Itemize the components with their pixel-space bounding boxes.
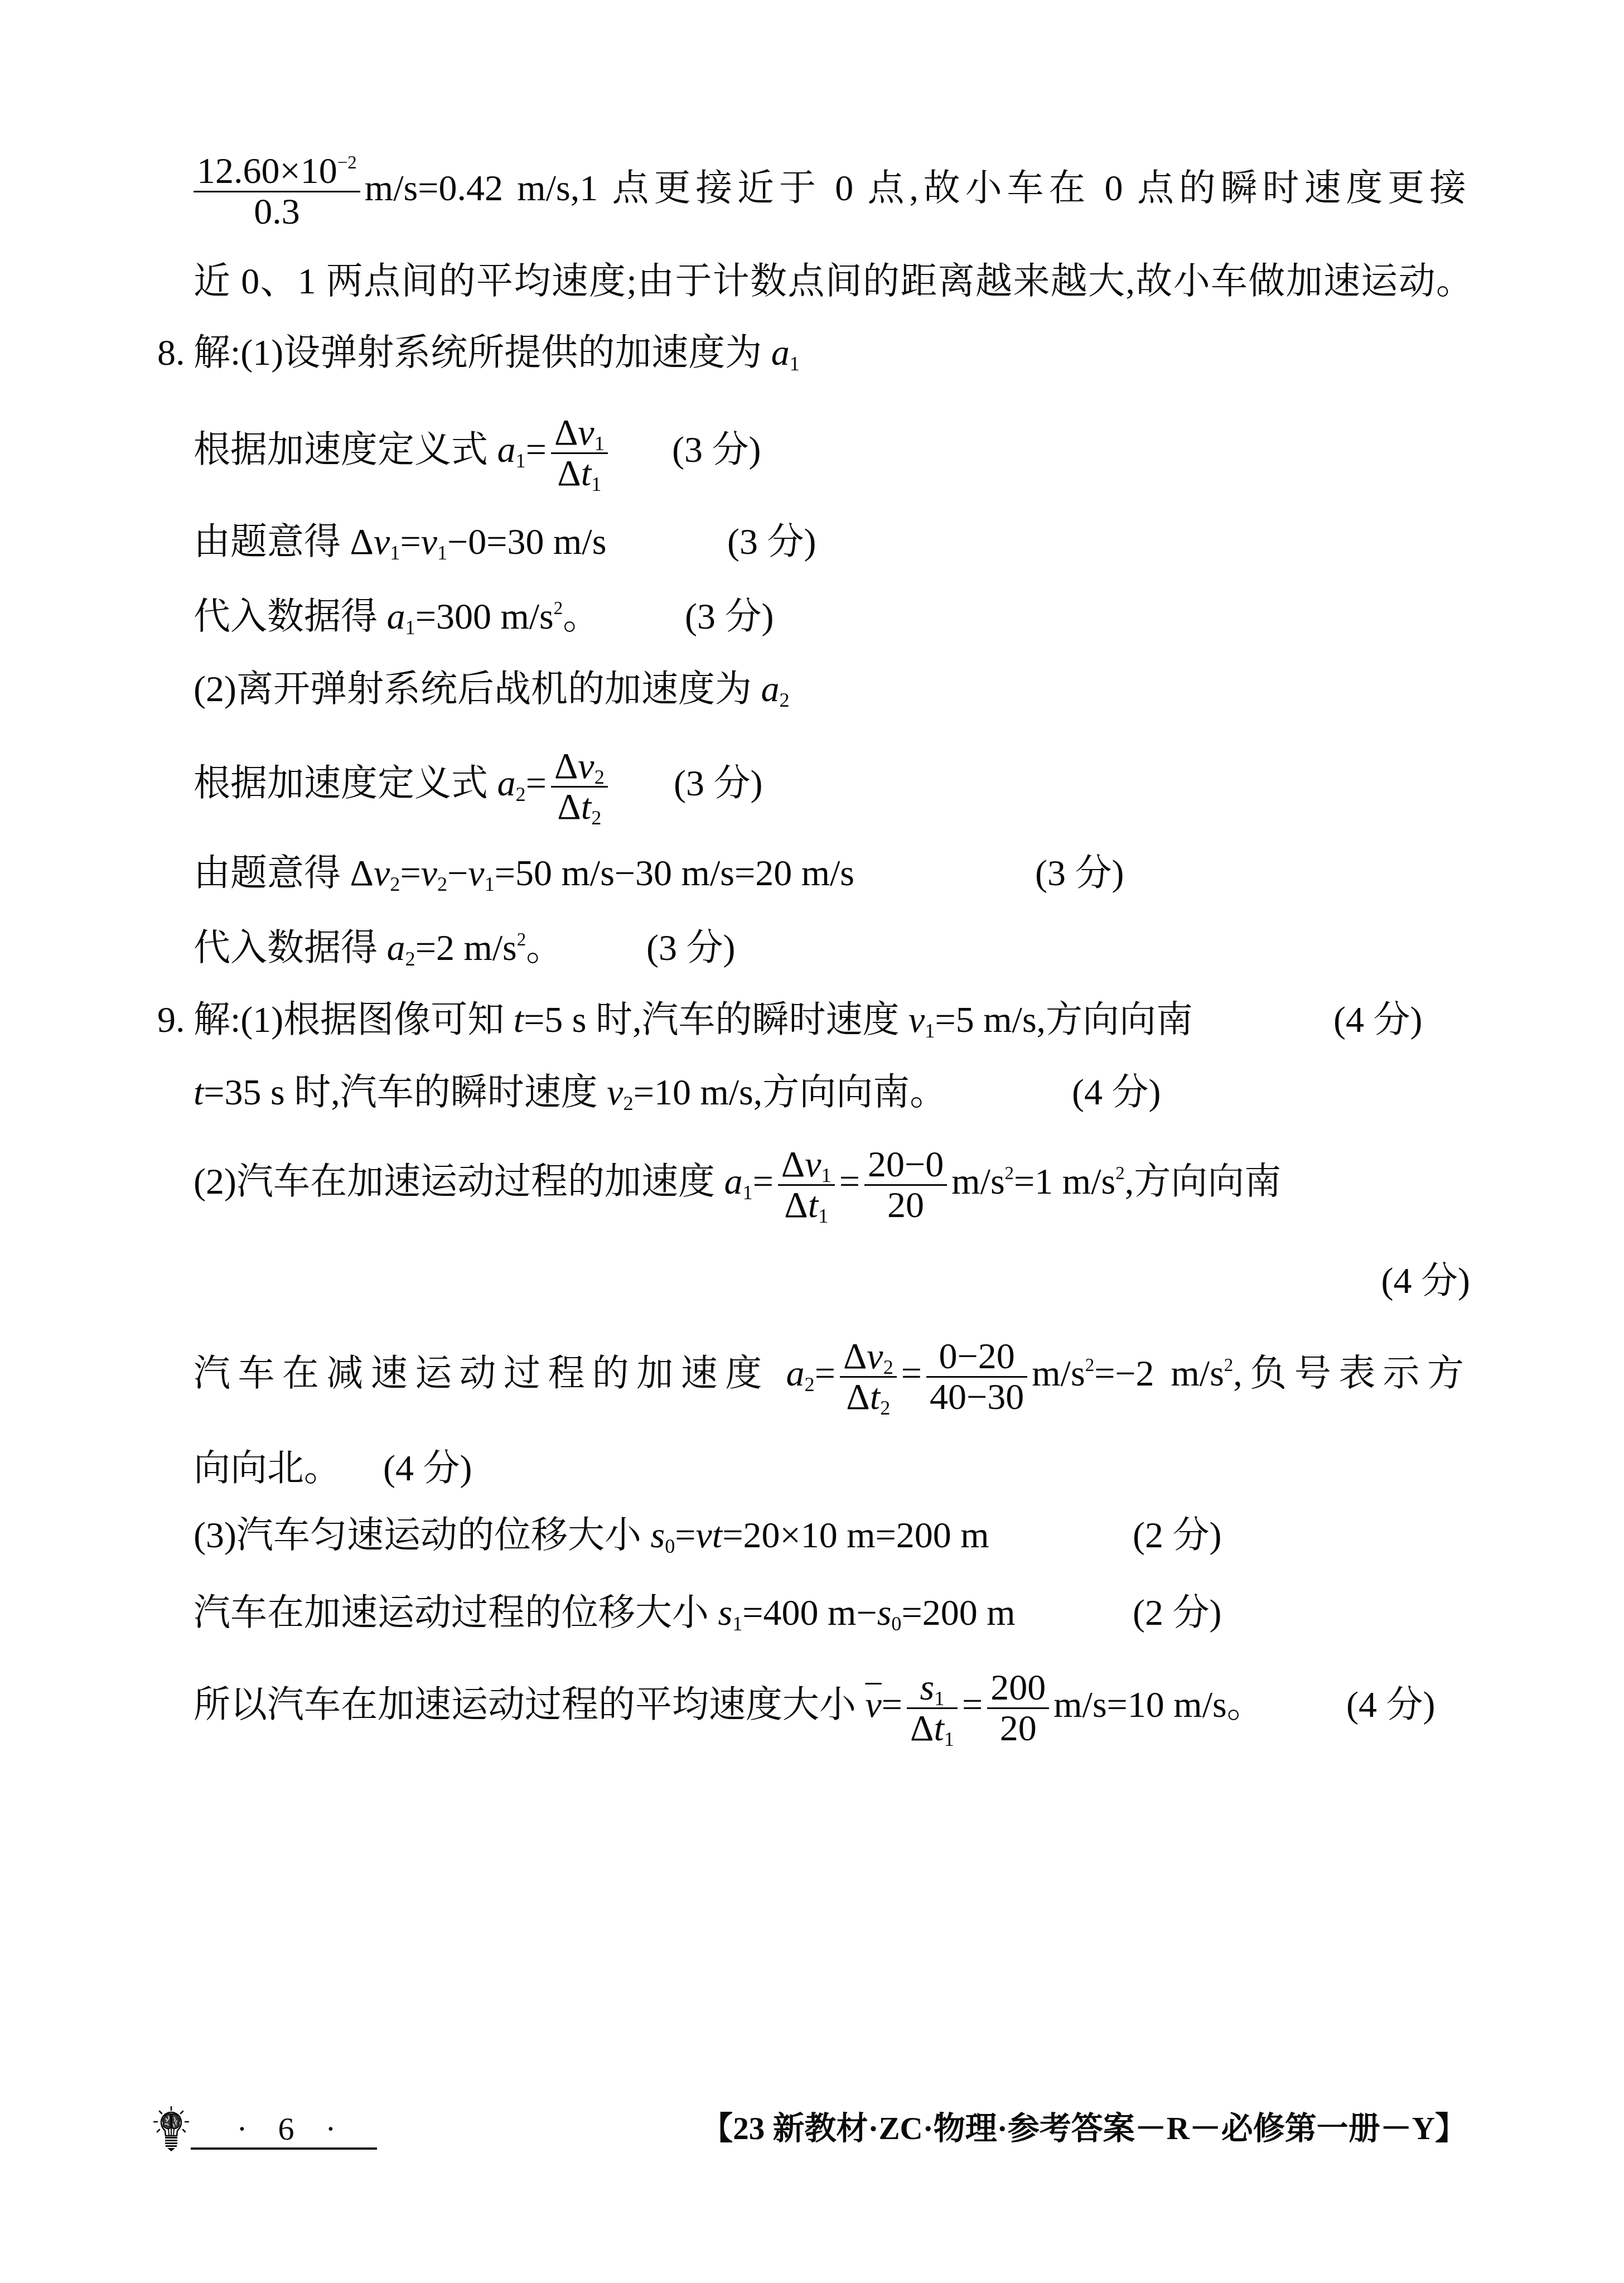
fraction: 12.60×10−20.3 — [194, 152, 360, 231]
equals: = — [675, 1515, 695, 1556]
q9-line-3: (2)汽车在加速运动过程的加速度 a1=Δv1Δt1=20−020m/s2=1 … — [194, 1160, 1281, 1204]
variable: t — [581, 453, 591, 494]
subscript: 1 — [437, 542, 447, 564]
subscript: 2 — [405, 948, 415, 970]
text: 根据加速度定义式 — [194, 429, 497, 470]
q8-line-8: 代入数据得 a2=2 m/s2。(3 分) — [194, 926, 563, 971]
text: =200 m — [901, 1592, 1015, 1633]
score-mark: (3 分) — [1035, 851, 1124, 896]
delta: Δ — [784, 1185, 808, 1225]
q9-line-4: 汽车在减速运动过程的加速度 a2=Δv2Δt2=0−2040−30m/s2=−2… — [194, 1352, 1464, 1396]
variable: a — [786, 1353, 805, 1394]
variable: t — [194, 1072, 204, 1113]
variable: a — [761, 669, 779, 709]
fraction-numerator: 200 — [987, 1668, 1049, 1707]
delta: Δ — [557, 786, 581, 827]
subscript: 1 — [485, 873, 495, 895]
delta: Δ — [846, 1377, 869, 1417]
q8-line-4: 代入数据得 a1=300 m/s2。(3 分) — [194, 595, 600, 639]
text: =5 m/s,方向向南 — [935, 1000, 1193, 1040]
variable: s — [877, 1592, 892, 1633]
fraction: 0−2040−30 — [926, 1337, 1027, 1417]
fraction: Δv2Δt2 — [551, 747, 608, 827]
equals: = — [962, 1685, 983, 1725]
subscript: 2 — [591, 807, 601, 829]
variable: v — [421, 522, 437, 562]
fraction-numerator: s1 — [907, 1668, 958, 1707]
variable: t — [514, 1000, 524, 1040]
delta: Δ — [910, 1708, 934, 1749]
text: −0=30 m/s — [447, 522, 606, 562]
q8-line-2: 根据加速度定义式 a1=Δv1Δt1(3 分) — [194, 428, 612, 472]
score-mark: (4 分) — [383, 1446, 472, 1491]
delta: Δ — [781, 1144, 805, 1185]
fraction-numerator: Δv1 — [778, 1145, 835, 1184]
variable: s — [920, 1667, 935, 1708]
variable: v — [421, 853, 437, 894]
text: =1 m/s — [1014, 1161, 1115, 1202]
variable: v — [578, 412, 594, 453]
subscript: 1 — [405, 616, 415, 639]
superscript: 2 — [517, 930, 526, 950]
subscript: 1 — [821, 1165, 832, 1187]
subscript: 1 — [934, 1688, 944, 1710]
unit: m/s — [1032, 1353, 1085, 1394]
equals: = — [839, 1161, 860, 1202]
text: =10 m/s,方向向南。 — [634, 1072, 947, 1113]
text: 由题意得 — [194, 853, 350, 894]
score-mark: (3 分) — [646, 926, 735, 971]
text: 所以汽车在加速运动过程的平均速度大小 — [194, 1685, 866, 1725]
numerator-value: 12.60×10 — [197, 151, 337, 191]
superscript: 2 — [1115, 1164, 1125, 1184]
fraction-denominator: Δt2 — [551, 786, 608, 827]
subscript: 1 — [732, 1613, 742, 1635]
text: =20×10 m=200 m — [722, 1515, 989, 1556]
fraction-numerator: 12.60×10−2 — [194, 152, 360, 191]
subscript: 2 — [594, 766, 605, 789]
question-number: 9. — [157, 998, 185, 1042]
fraction: Δv1Δt1 — [551, 413, 608, 493]
score-mark: (3 分) — [674, 761, 762, 806]
text: (2)汽车在加速运动过程的加速度 — [194, 1161, 724, 1202]
variable: a — [497, 429, 516, 470]
q8-line-3: 由题意得 Δv1=v1−0=30 m/s(3 分) — [194, 520, 606, 564]
variable: s — [650, 1515, 665, 1556]
variable: a — [387, 596, 405, 637]
score-mark: (3 分) — [727, 520, 816, 564]
text: 代入数据得 — [194, 928, 387, 968]
variable: a — [497, 763, 516, 804]
text: =−2 m/s — [1094, 1353, 1224, 1394]
q9-line-8: 所以汽车在加速运动过程的平均速度大小 v=s1Δt1=20020m/s=10 m… — [194, 1683, 1264, 1727]
variable: a — [724, 1161, 742, 1202]
q7-line-1-text: m/s=0.42 m/s,1 点更接近于 0 点,故小车在 0 点的瞬时速度更接 — [365, 168, 1466, 209]
superscript: 2 — [1224, 1355, 1234, 1375]
q7-line-2: 近 0、1 两点间的平均速度;由于计数点间的距离越来越大,故小车做加速运动。 — [194, 259, 1473, 304]
text: 解:(1)根据图像可知 — [194, 1000, 514, 1040]
text: 解:(1)设弹射系统所提供的加速度为 — [194, 332, 771, 373]
fraction-denominator: Δt2 — [840, 1376, 897, 1417]
variable: v — [805, 1144, 821, 1185]
fraction-denominator: Δt1 — [907, 1707, 958, 1748]
period: 。 — [563, 596, 600, 637]
delta: Δ — [350, 853, 374, 894]
q9-line-5: 向向北。(4 分) — [194, 1446, 341, 1491]
equals: = — [526, 429, 547, 470]
delta: Δ — [554, 412, 578, 453]
subscript: 1 — [594, 433, 605, 455]
q9-line-2: t=35 s 时,汽车的瞬时速度 v2=10 m/s,方向向南。(4 分) — [194, 1070, 946, 1115]
variable: a — [771, 332, 790, 373]
score-mark: (2 分) — [1133, 1591, 1221, 1635]
fraction-denominator: 0.3 — [194, 191, 360, 231]
q7-line-1: 12.60×10−20.3m/s=0.42 m/s,1 点更接近于 0 点,故小… — [194, 166, 1466, 211]
fraction-numerator: 0−20 — [926, 1337, 1027, 1376]
delta: Δ — [557, 453, 581, 494]
score-mark: (2 分) — [1133, 1513, 1221, 1558]
delta: Δ — [350, 522, 374, 562]
text: (2)离开弹射系统后战机的加速度为 — [194, 669, 761, 709]
page-number-dot: · — [314, 2110, 347, 2149]
score-mark: (4 分) — [1333, 998, 1422, 1042]
page-number-underline — [191, 2147, 377, 2150]
variable: v — [867, 1336, 883, 1377]
equals: = — [753, 1161, 774, 1202]
q9-line-6: (3)汽车匀速运动的位移大小 s0=vt=20×10 m=200 m(2 分) — [194, 1513, 989, 1558]
fraction: 20020 — [987, 1668, 1049, 1748]
fraction-numerator: Δv2 — [840, 1337, 897, 1376]
subscript: 2 — [516, 783, 526, 805]
superscript: 2 — [1085, 1355, 1095, 1375]
fraction-numerator: 20−0 — [864, 1145, 947, 1184]
variable: t — [934, 1708, 944, 1749]
equals: = — [400, 522, 420, 562]
score-mark: (3 分) — [685, 595, 774, 639]
score-mark: (4 分) — [1072, 1070, 1161, 1115]
text: =400 m− — [742, 1592, 877, 1633]
unit: m/s — [951, 1161, 1004, 1202]
fraction-numerator: Δv1 — [551, 413, 608, 452]
text: m/s=10 m/s。 — [1053, 1685, 1263, 1725]
answer-key-page: 12.60×10−20.3m/s=0.42 m/s,1 点更接近于 0 点,故小… — [0, 0, 1624, 2283]
period: 。 — [526, 928, 563, 968]
variable: v — [374, 522, 390, 562]
variable: s — [718, 1592, 733, 1633]
text: 向向北。 — [194, 1448, 341, 1489]
footer-book-title: 【23 新教材·ZC·物理·参考答案－R－必修第一册－Y】 — [701, 2111, 1467, 2147]
equals: = — [882, 1685, 902, 1725]
text: 代入数据得 — [194, 596, 387, 637]
subscript: 1 — [944, 1729, 954, 1751]
fraction: 20−020 — [864, 1145, 947, 1225]
page-number-dot: · — [225, 2110, 259, 2149]
subscript: 2 — [880, 1397, 890, 1420]
variable: t — [870, 1377, 880, 1417]
fraction: Δv2Δt2 — [840, 1337, 897, 1417]
score-mark: (4 分) — [1346, 1683, 1435, 1727]
subscript: 1 — [742, 1181, 752, 1204]
q9-line-1: 9.解:(1)根据图像可知 t=5 s 时,汽车的瞬时速度 v1=5 m/s,方… — [194, 998, 1193, 1042]
text: =2 m/s — [415, 928, 517, 968]
subscript: 1 — [925, 1020, 935, 1042]
score-mark: (4 分) — [1381, 1259, 1470, 1304]
variable: t — [581, 786, 591, 827]
fraction-denominator: Δt1 — [551, 452, 608, 493]
variable: t — [808, 1185, 818, 1225]
text: (3)汽车匀速运动的位移大小 — [194, 1515, 650, 1556]
subscript: 2 — [805, 1373, 815, 1396]
subscript: 2 — [623, 1092, 634, 1114]
fraction: Δv1Δt1 — [778, 1145, 835, 1225]
subscript: 2 — [390, 873, 400, 895]
q8-line-7: 由题意得 Δv2=v2−v1=50 m/s−30 m/s=20 m/s(3 分) — [194, 851, 854, 896]
equals: = — [400, 853, 420, 894]
delta: Δ — [843, 1336, 867, 1377]
question-number: 8. — [157, 331, 185, 375]
subscript: 2 — [779, 689, 789, 711]
score-mark: (3 分) — [672, 428, 761, 472]
delta: Δ — [554, 746, 578, 786]
q9-line-7: 汽车在加速运动过程的位移大小 s1=400 m−s0=200 m(2 分) — [194, 1591, 1016, 1635]
text: =300 m/s — [415, 596, 554, 637]
page-number: 6 — [269, 2110, 303, 2149]
text: ,负号表示方 — [1233, 1353, 1464, 1394]
subscript: 1 — [818, 1205, 828, 1228]
text: =5 s 时,汽车的瞬时速度 — [524, 1000, 908, 1040]
text: =50 m/s−30 m/s=20 m/s — [495, 853, 854, 894]
subscript: 2 — [437, 873, 447, 895]
text: =35 s 时,汽车的瞬时速度 — [204, 1072, 607, 1113]
lightbulb-brain-icon — [153, 2106, 189, 2152]
subscript: 0 — [665, 1535, 675, 1557]
equals: = — [815, 1353, 835, 1394]
fraction-denominator: Δt1 — [778, 1184, 835, 1225]
fraction-denominator: 40−30 — [926, 1376, 1027, 1417]
equals: = — [901, 1353, 922, 1394]
subscript: 1 — [790, 353, 800, 375]
q7-line-2-text: 近 0、1 两点间的平均速度;由于计数点间的距离越来越大,故小车做加速运动。 — [194, 261, 1473, 302]
variable: vt — [696, 1515, 723, 1556]
equals: = — [526, 763, 547, 804]
exponent: −2 — [337, 153, 357, 173]
subscript: 1 — [390, 542, 400, 564]
text: 汽车在加速运动过程的位移大小 — [194, 1592, 718, 1633]
subscript: 2 — [883, 1357, 893, 1379]
fraction: s1Δt1 — [907, 1668, 958, 1748]
fraction-denominator: 20 — [864, 1184, 947, 1225]
subscript: 1 — [591, 474, 601, 496]
minus: − — [447, 853, 468, 894]
q8-line-1: 8.解:(1)设弹射系统所提供的加速度为 a1 — [194, 331, 800, 375]
fraction-denominator: 20 — [987, 1707, 1049, 1748]
superscript: 2 — [1005, 1164, 1014, 1184]
variable: v — [468, 853, 484, 894]
text: 根据加速度定义式 — [194, 763, 497, 804]
variable: v — [578, 746, 594, 786]
text: 由题意得 — [194, 522, 350, 562]
variable: v — [374, 853, 390, 894]
subscript: 1 — [516, 450, 526, 472]
variable: v — [908, 1000, 925, 1040]
superscript: 2 — [554, 598, 563, 619]
q8-line-5: (2)离开弹射系统后战机的加速度为 a2 — [194, 667, 790, 712]
average-velocity-variable: v — [866, 1685, 882, 1725]
variable: a — [387, 928, 405, 968]
subscript: 0 — [891, 1613, 901, 1635]
variable: v — [607, 1072, 623, 1113]
fraction-numerator: Δv2 — [551, 747, 608, 786]
text: ,方向向南 — [1125, 1161, 1282, 1202]
text: 汽车在减速运动过程的加速度 — [194, 1353, 786, 1394]
q8-line-6: 根据加速度定义式 a2=Δv2Δt2(3 分) — [194, 761, 612, 806]
